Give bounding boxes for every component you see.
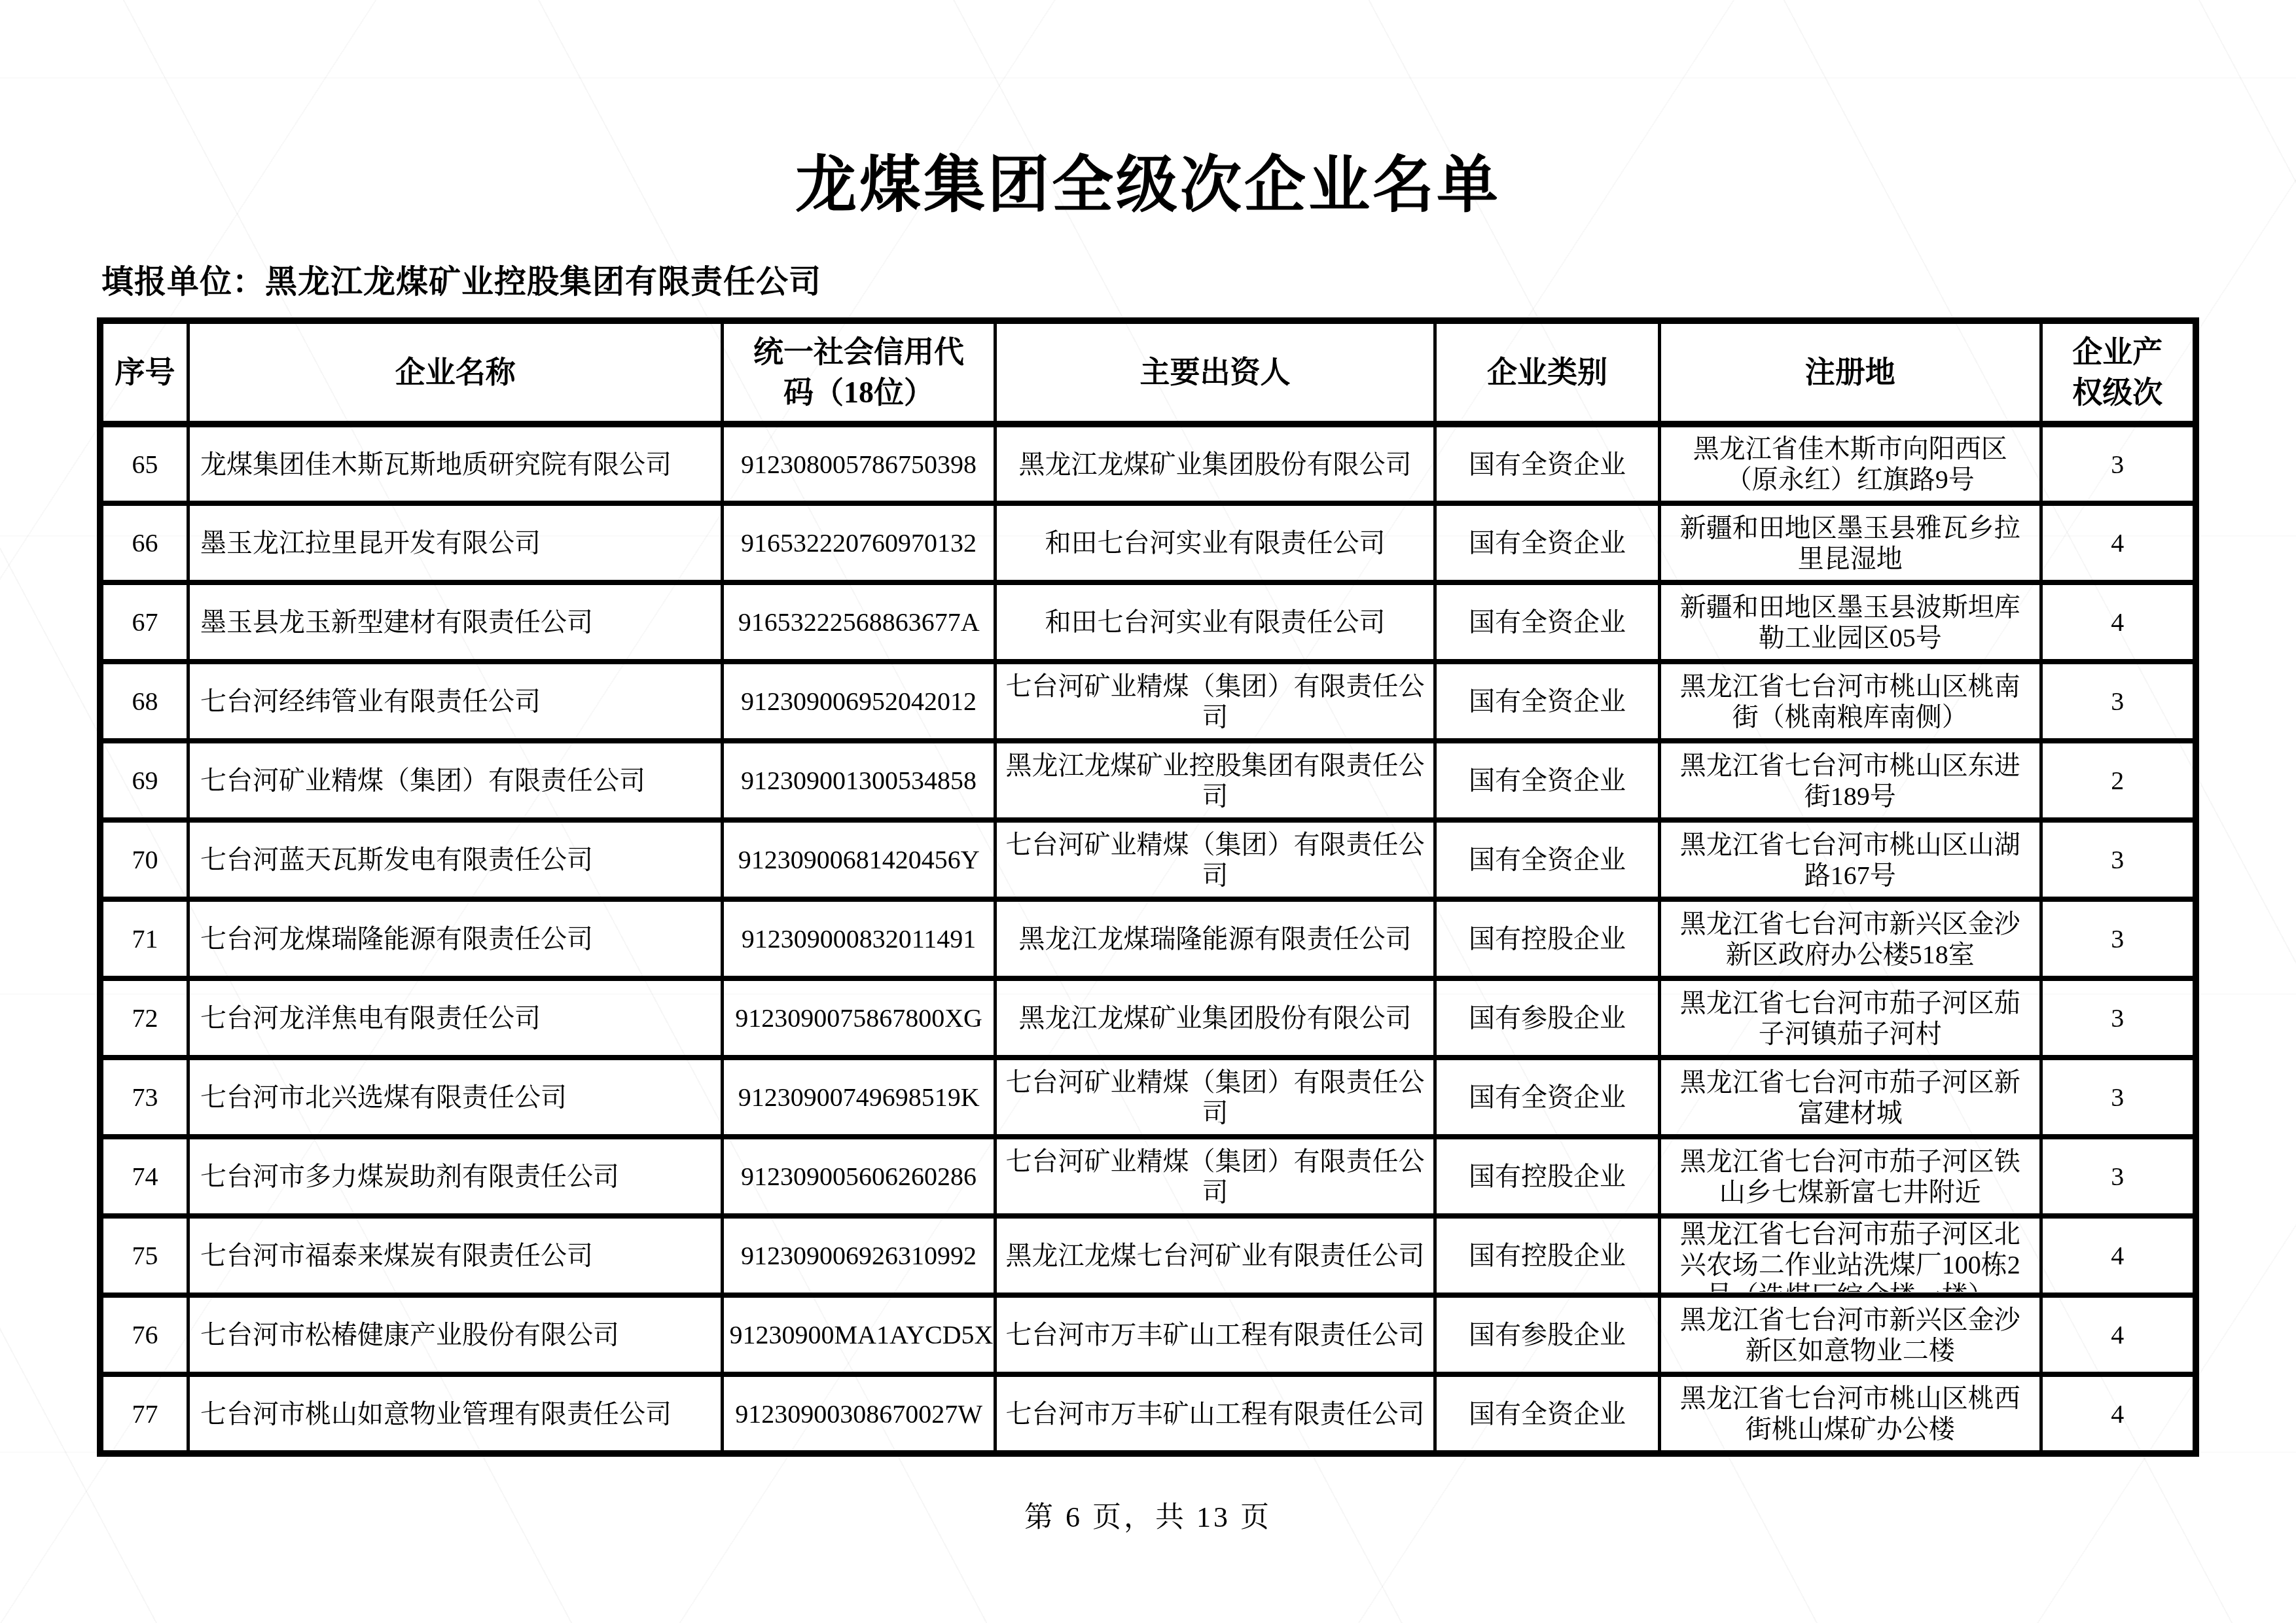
page-title: 龙煤集团全级次企业名单 (0, 149, 2296, 223)
category-cell: 国有全资企业 (1435, 1374, 1660, 1454)
company-name-cell: 七台河蓝天瓦斯发电有限责任公司 (188, 820, 723, 899)
credit-code-cell: 91653222568863677A (723, 582, 995, 662)
header-credit-code: 统一社会信用代码（18位） (723, 321, 995, 424)
category-cell: 国有全资企业 (1435, 503, 1660, 582)
category-cell: 国有全资企业 (1435, 424, 1660, 503)
address-cell: 黑龙江省佳木斯市向阳西区（原永红）红旗路9号 (1659, 424, 2041, 503)
address-cell: 黑龙江省七台河市茄子河区北兴农场二作业站洗煤厂100栋2号（选煤厂综合楼一楼） (1659, 1216, 2041, 1295)
company-name-cell: 七台河矿业精煤（集团）有限责任公司 (188, 741, 723, 820)
header-equity-level: 企业产权级次 (2041, 321, 2196, 424)
category-cell: 国有全资企业 (1435, 662, 1660, 741)
table-row: 73 七台河市北兴选煤有限责任公司 91230900749698519K 七台河… (100, 1058, 2196, 1137)
company-name-cell: 龙煤集团佳木斯瓦斯地质研究院有限公司 (188, 424, 723, 503)
seq-cell: 73 (100, 1058, 188, 1137)
seq-cell: 67 (100, 582, 188, 662)
equity-level-cell: 3 (2041, 424, 2196, 503)
investor-cell: 七台河矿业精煤（集团）有限责任公司 (995, 1137, 1435, 1216)
seq-cell: 65 (100, 424, 188, 503)
address-cell: 黑龙江省七台河市桃山区山湖路167号 (1659, 820, 2041, 899)
credit-code-cell: 912308005786750398 (723, 424, 995, 503)
address-cell: 新疆和田地区墨玉县波斯坦库勒工业园区05号 (1659, 582, 2041, 662)
address-cell: 黑龙江省七台河市茄子河区新富建材城 (1659, 1058, 2041, 1137)
company-name-cell: 七台河市福泰来煤炭有限责任公司 (188, 1216, 723, 1295)
equity-level-cell: 3 (2041, 1058, 2196, 1137)
seq-cell: 74 (100, 1137, 188, 1216)
seq-cell: 75 (100, 1216, 188, 1295)
credit-code-cell: 916532220760970132 (723, 503, 995, 582)
credit-code-cell: 912309001300534858 (723, 741, 995, 820)
table-row: 65 龙煤集团佳木斯瓦斯地质研究院有限公司 912308005786750398… (100, 424, 2196, 503)
company-table: 序号 企业名称 统一社会信用代码（18位） 主要出资人 企业类别 注册地 企业产… (97, 317, 2199, 1457)
credit-code-cell: 9123090075867800XG (723, 978, 995, 1058)
investor-cell: 黑龙江龙煤矿业控股集团有限责任公司 (995, 741, 1435, 820)
address-cell: 黑龙江省七台河市桃山区桃南街（桃南粮库南侧） (1659, 662, 2041, 741)
investor-cell: 黑龙江龙煤七台河矿业有限责任公司 (995, 1216, 1435, 1295)
seq-cell: 71 (100, 899, 188, 978)
equity-level-cell: 3 (2041, 978, 2196, 1058)
investor-cell: 七台河矿业精煤（集团）有限责任公司 (995, 662, 1435, 741)
table-row: 68 七台河经纬管业有限责任公司 912309006952042012 七台河矿… (100, 662, 2196, 741)
credit-code-cell: 912309000832011491 (723, 899, 995, 978)
credit-code-cell: 912309006952042012 (723, 662, 995, 741)
table-row: 70 七台河蓝天瓦斯发电有限责任公司 91230900681420456Y 七台… (100, 820, 2196, 899)
category-cell: 国有参股企业 (1435, 1295, 1660, 1374)
header-investor: 主要出资人 (995, 321, 1435, 424)
investor-cell: 黑龙江龙煤矿业集团股份有限公司 (995, 978, 1435, 1058)
header-company-name: 企业名称 (188, 321, 723, 424)
seq-cell: 76 (100, 1295, 188, 1374)
investor-cell: 黑龙江龙煤瑞隆能源有限责任公司 (995, 899, 1435, 978)
header-category: 企业类别 (1435, 321, 1660, 424)
address-cell: 黑龙江省七台河市茄子河区铁山乡七煤新富七井附近 (1659, 1137, 2041, 1216)
address-cell: 黑龙江省七台河市新兴区金沙新区如意物业二楼 (1659, 1295, 2041, 1374)
category-cell: 国有控股企业 (1435, 899, 1660, 978)
company-name-cell: 七台河市北兴选煤有限责任公司 (188, 1058, 723, 1137)
category-cell: 国有全资企业 (1435, 820, 1660, 899)
address-cell: 黑龙江省七台河市桃山区东进街189号 (1659, 741, 2041, 820)
address-cell: 黑龙江省七台河市新兴区金沙新区政府办公楼518室 (1659, 899, 2041, 978)
table-row: 66 墨玉龙江拉里昆开发有限公司 916532220760970132 和田七台… (100, 503, 2196, 582)
table-row: 74 七台河市多力煤炭助剂有限责任公司 912309005606260286 七… (100, 1137, 2196, 1216)
company-name-cell: 七台河龙煤瑞隆能源有限责任公司 (188, 899, 723, 978)
equity-level-cell: 4 (2041, 582, 2196, 662)
seq-cell: 72 (100, 978, 188, 1058)
table-row: 71 七台河龙煤瑞隆能源有限责任公司 912309000832011491 黑龙… (100, 899, 2196, 978)
table-row: 72 七台河龙洋焦电有限责任公司 9123090075867800XG 黑龙江龙… (100, 978, 2196, 1058)
page-number-footer: 第 6 页，共 13 页 (0, 1493, 2296, 1535)
table-row: 69 七台河矿业精煤（集团）有限责任公司 912309001300534858 … (100, 741, 2196, 820)
seq-cell: 68 (100, 662, 188, 741)
seq-cell: 69 (100, 741, 188, 820)
address-cell: 新疆和田地区墨玉县雅瓦乡拉里昆湿地 (1659, 503, 2041, 582)
header-address: 注册地 (1659, 321, 2041, 424)
equity-level-cell: 3 (2041, 820, 2196, 899)
category-cell: 国有参股企业 (1435, 978, 1660, 1058)
equity-level-cell: 4 (2041, 503, 2196, 582)
company-name-cell: 墨玉县龙玉新型建材有限责任公司 (188, 582, 723, 662)
category-cell: 国有全资企业 (1435, 1058, 1660, 1137)
category-cell: 国有控股企业 (1435, 1216, 1660, 1295)
equity-level-cell: 3 (2041, 1137, 2196, 1216)
equity-level-cell: 4 (2041, 1295, 2196, 1374)
investor-cell: 七台河矿业精煤（集团）有限责任公司 (995, 1058, 1435, 1137)
document-page: 龙煤集团全级次企业名单 填报单位：黑龙江龙煤矿业控股集团有限责任公司 序号 企业… (0, 0, 2296, 1623)
seq-cell: 66 (100, 503, 188, 582)
investor-cell: 七台河矿业精煤（集团）有限责任公司 (995, 820, 1435, 899)
category-cell: 国有全资企业 (1435, 741, 1660, 820)
credit-code-cell: 91230900681420456Y (723, 820, 995, 899)
investor-cell: 黑龙江龙煤矿业集团股份有限公司 (995, 424, 1435, 503)
equity-level-cell: 4 (2041, 1216, 2196, 1295)
table-row: 76 七台河市松椿健康产业股份有限公司 91230900MA1AYCD5XN 七… (100, 1295, 2196, 1374)
credit-code-cell: 91230900MA1AYCD5XN (723, 1295, 995, 1374)
company-name-cell: 墨玉龙江拉里昆开发有限公司 (188, 503, 723, 582)
reporting-unit-line: 填报单位：黑龙江龙煤矿业控股集团有限责任公司 (101, 257, 821, 302)
investor-cell: 和田七台河实业有限责任公司 (995, 503, 1435, 582)
table-row: 77 七台河市桃山如意物业管理有限责任公司 91230900308670027W… (100, 1374, 2196, 1454)
credit-code-cell: 91230900308670027W (723, 1374, 995, 1454)
category-cell: 国有控股企业 (1435, 1137, 1660, 1216)
company-name-cell: 七台河市桃山如意物业管理有限责任公司 (188, 1374, 723, 1454)
credit-code-cell: 912309005606260286 (723, 1137, 995, 1216)
investor-cell: 七台河市万丰矿山工程有限责任公司 (995, 1295, 1435, 1374)
credit-code-cell: 91230900749698519K (723, 1058, 995, 1137)
equity-level-cell: 2 (2041, 741, 2196, 820)
table-header: 序号 企业名称 统一社会信用代码（18位） 主要出资人 企业类别 注册地 企业产… (100, 321, 2196, 424)
equity-level-cell: 3 (2041, 899, 2196, 978)
seq-cell: 77 (100, 1374, 188, 1454)
company-name-cell: 七台河经纬管业有限责任公司 (188, 662, 723, 741)
seq-cell: 70 (100, 820, 188, 899)
address-cell: 黑龙江省七台河市桃山区桃西街桃山煤矿办公楼 (1659, 1374, 2041, 1454)
company-name-cell: 七台河龙洋焦电有限责任公司 (188, 978, 723, 1058)
investor-cell: 七台河市万丰矿山工程有限责任公司 (995, 1374, 1435, 1454)
category-cell: 国有全资企业 (1435, 582, 1660, 662)
equity-level-cell: 4 (2041, 1374, 2196, 1454)
table-row: 67 墨玉县龙玉新型建材有限责任公司 91653222568863677A 和田… (100, 582, 2196, 662)
company-name-cell: 七台河市松椿健康产业股份有限公司 (188, 1295, 723, 1374)
table-row: 75 七台河市福泰来煤炭有限责任公司 912309006926310992 黑龙… (100, 1216, 2196, 1295)
credit-code-cell: 912309006926310992 (723, 1216, 995, 1295)
company-name-cell: 七台河市多力煤炭助剂有限责任公司 (188, 1137, 723, 1216)
header-seq: 序号 (100, 321, 188, 424)
equity-level-cell: 3 (2041, 662, 2196, 741)
address-cell: 黑龙江省七台河市茄子河区茄子河镇茄子河村 (1659, 978, 2041, 1058)
header-row: 序号 企业名称 统一社会信用代码（18位） 主要出资人 企业类别 注册地 企业产… (100, 321, 2196, 424)
company-table-body: 65 龙煤集团佳木斯瓦斯地质研究院有限公司 912308005786750398… (100, 424, 2196, 1454)
investor-cell: 和田七台河实业有限责任公司 (995, 582, 1435, 662)
